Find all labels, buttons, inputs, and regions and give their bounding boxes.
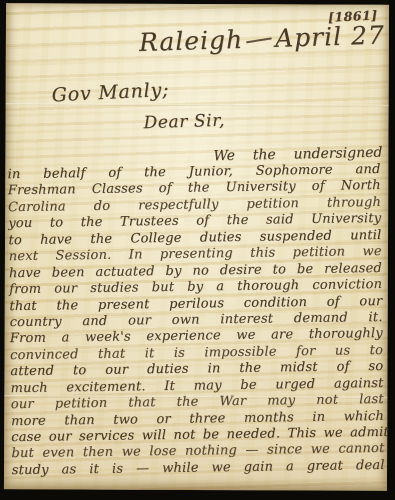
salutation: Gov Manly;: [51, 79, 170, 107]
greeting: Dear Sir,: [143, 111, 225, 133]
dateline: Raleigh April 27: [139, 21, 386, 57]
dateline-date: April 27: [275, 21, 386, 53]
dateline-place: Raleigh: [139, 25, 244, 57]
letter-paper: [1861] Raleigh April 27 Gov Manly; Dear …: [4, 3, 389, 491]
flourish-stroke-icon: [246, 37, 272, 43]
letter-body: in behalf of the Junior, Sophomore andFr…: [7, 162, 384, 479]
scan-frame: [1861] Raleigh April 27 Gov Manly; Dear …: [0, 0, 395, 500]
